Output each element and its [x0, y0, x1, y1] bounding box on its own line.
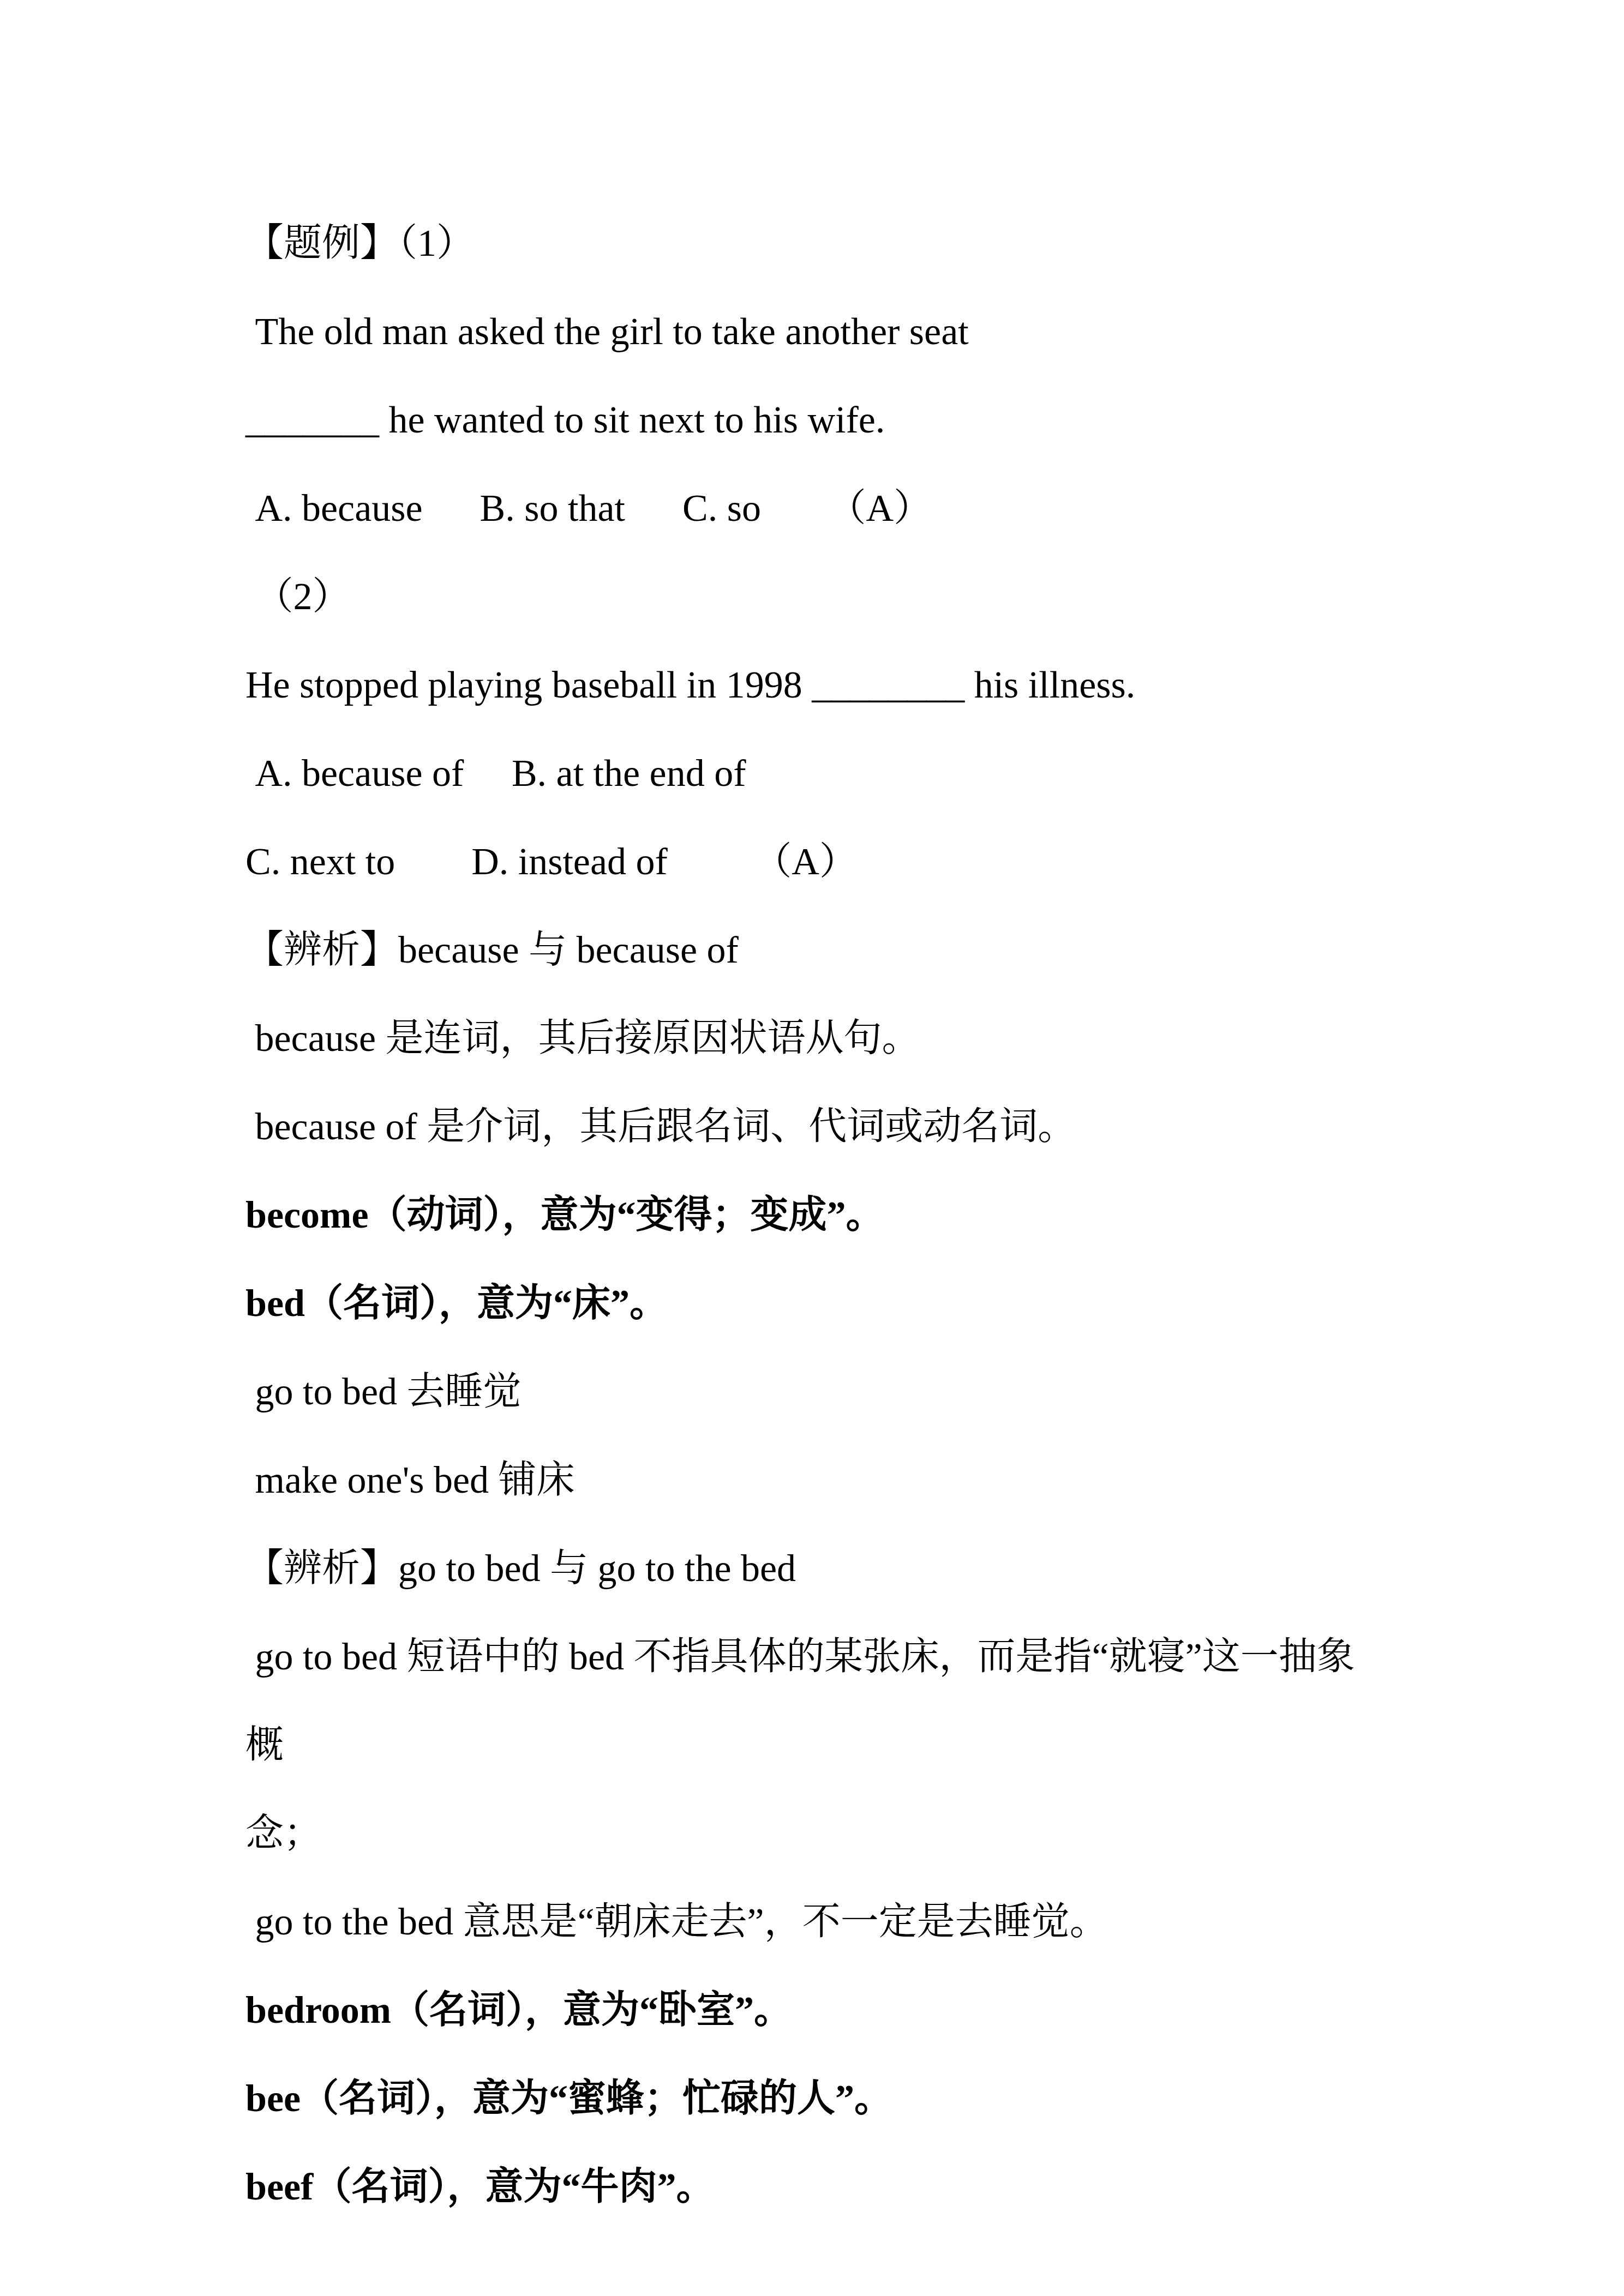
- example-number-line: （2）: [245, 553, 1384, 641]
- example-section-header-line: 【题例】（1）: [245, 200, 1384, 288]
- document-page: 【题例】（1） The old man asked the girl to ta…: [0, 0, 1624, 2296]
- options-answer-line: C. next to D. instead of （A）: [245, 818, 1384, 906]
- vocab-entry-line: bed（名词），意为“床”。: [245, 1260, 1384, 1348]
- analysis-text-line: go to the bed 意思是“朝床走去”，不一定是去睡觉。: [245, 1878, 1384, 1967]
- analysis-header-line: 【辨析】because 与 because of: [245, 906, 1384, 995]
- analysis-text-line: 念；: [245, 1790, 1384, 1878]
- analysis-text-line: go to bed 短语中的 bed 不指具体的某张床，而是指“就寝”这一抽象概: [245, 1613, 1384, 1790]
- analysis-text-line: because of 是介词，其后跟名词、代词或动名词。: [245, 1083, 1384, 1171]
- vocab-entry-line: become（动词），意为“变得；变成”。: [245, 1171, 1384, 1260]
- vocab-entry-line: bedroom（名词），意为“卧室”。: [245, 1967, 1384, 2055]
- question-text-line: _______ he wanted to sit next to his wif…: [245, 376, 1384, 465]
- analysis-header-line: 【辨析】go to bed 与 go to the bed: [245, 1525, 1384, 1613]
- analysis-text-line: because 是连词，其后接原因状语从句。: [245, 995, 1384, 1083]
- document-content: 【题例】（1） The old man asked the girl to ta…: [0, 0, 1624, 2232]
- options-line: A. because of B. at the end of: [245, 730, 1384, 818]
- vocab-entry-line: beef（名词），意为“牛肉”。: [245, 2143, 1384, 2232]
- options-answer-line: A. because B. so that C. so （A）: [245, 465, 1384, 553]
- phrase-line: make one's bed 铺床: [245, 1436, 1384, 1525]
- question-text-line: The old man asked the girl to take anoth…: [245, 288, 1384, 376]
- vocab-entry-line: bee（名词），意为“蜜蜂；忙碌的人”。: [245, 2055, 1384, 2143]
- question-text-line: He stopped playing baseball in 1998 ____…: [245, 641, 1384, 730]
- phrase-line: go to bed 去睡觉: [245, 1348, 1384, 1436]
